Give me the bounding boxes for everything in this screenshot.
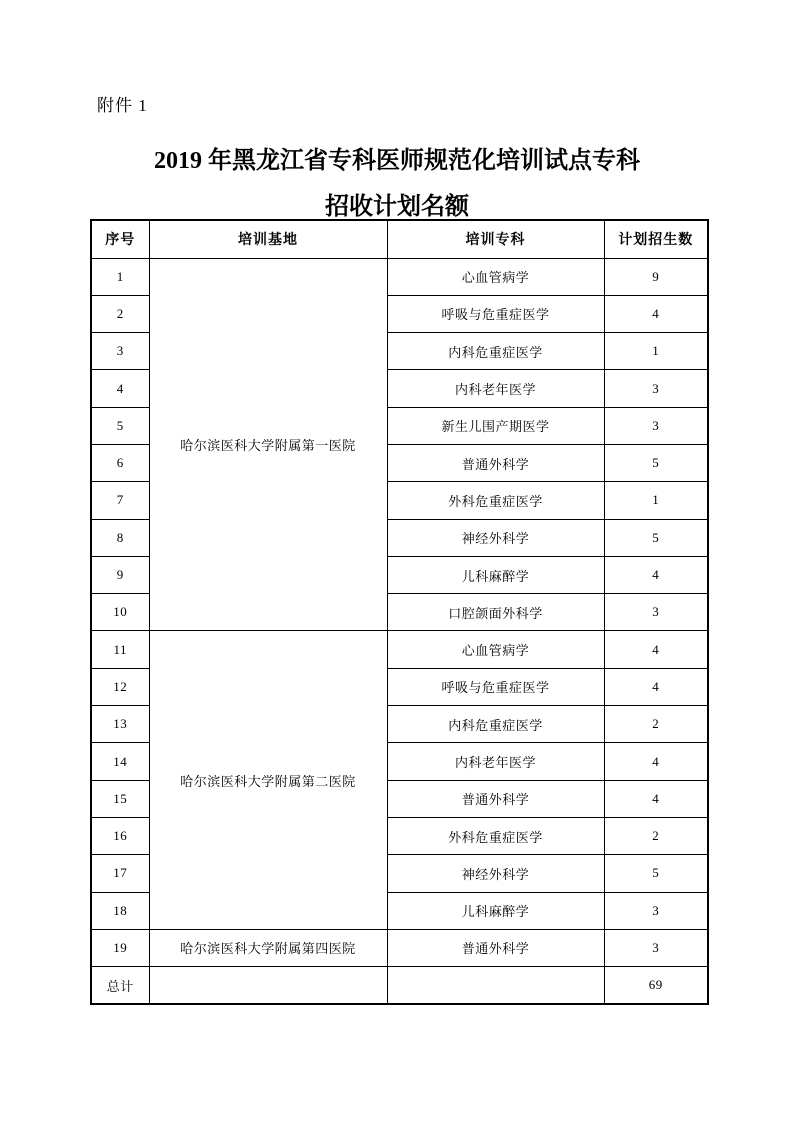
row-number-cell: 12 — [91, 668, 149, 705]
count-cell: 3 — [604, 407, 708, 444]
column-header-planned-count: 计划招生数 — [604, 220, 708, 258]
row-number-cell: 5 — [91, 407, 149, 444]
row-number-cell: 15 — [91, 780, 149, 817]
training-base-cell: 哈尔滨医科大学附属第四医院 — [149, 929, 387, 966]
count-cell: 5 — [604, 855, 708, 892]
specialty-cell: 心血管病学 — [387, 631, 604, 668]
specialty-cell: 外科危重症医学 — [387, 482, 604, 519]
specialty-cell: 外科危重症医学 — [387, 817, 604, 854]
row-number-cell: 18 — [91, 892, 149, 929]
row-number-cell: 17 — [91, 855, 149, 892]
document-title-line1: 2019 年黑龙江省专科医师规范化培训试点专科 — [0, 140, 794, 175]
count-cell: 5 — [604, 444, 708, 481]
count-cell: 2 — [604, 706, 708, 743]
attachment-label: 附件 1 — [97, 91, 148, 116]
specialty-cell: 神经外科学 — [387, 519, 604, 556]
count-cell: 3 — [604, 594, 708, 631]
count-cell: 1 — [604, 482, 708, 519]
specialty-cell: 儿科麻醉学 — [387, 556, 604, 593]
row-number-cell: 3 — [91, 333, 149, 370]
empty-cell — [387, 967, 604, 1004]
row-number-cell: 6 — [91, 444, 149, 481]
count-cell: 4 — [604, 556, 708, 593]
count-cell: 4 — [604, 631, 708, 668]
count-cell: 1 — [604, 333, 708, 370]
count-cell: 4 — [604, 780, 708, 817]
specialty-cell: 儿科麻醉学 — [387, 892, 604, 929]
total-label-cell: 总计 — [91, 967, 149, 1004]
count-cell: 4 — [604, 743, 708, 780]
row-number-cell: 10 — [91, 594, 149, 631]
specialty-cell: 口腔颌面外科学 — [387, 594, 604, 631]
specialty-cell: 呼吸与危重症医学 — [387, 668, 604, 705]
count-cell: 2 — [604, 817, 708, 854]
table-row: 19 哈尔滨医科大学附属第四医院 普通外科学 3 — [91, 929, 708, 966]
count-cell: 5 — [604, 519, 708, 556]
specialty-cell: 内科危重症医学 — [387, 333, 604, 370]
row-number-cell: 14 — [91, 743, 149, 780]
specialty-cell: 内科老年医学 — [387, 370, 604, 407]
total-value-cell: 69 — [604, 967, 708, 1004]
specialty-cell: 新生儿围产期医学 — [387, 407, 604, 444]
specialty-cell: 心血管病学 — [387, 258, 604, 295]
training-base-cell: 哈尔滨医科大学附属第二医院 — [149, 631, 387, 929]
header-row: 序号 培训基地 培训专科 计划招生数 — [91, 220, 708, 258]
table-row: 11 哈尔滨医科大学附属第二医院 心血管病学 4 — [91, 631, 708, 668]
row-number-cell: 8 — [91, 519, 149, 556]
document-title-line2: 招收计划名额 — [0, 186, 794, 221]
specialty-cell: 普通外科学 — [387, 444, 604, 481]
row-number-cell: 19 — [91, 929, 149, 966]
table-row: 1 哈尔滨医科大学附属第一医院 心血管病学 9 — [91, 258, 708, 295]
specialty-cell: 普通外科学 — [387, 780, 604, 817]
specialty-cell: 普通外科学 — [387, 929, 604, 966]
row-number-cell: 16 — [91, 817, 149, 854]
count-cell: 9 — [604, 258, 708, 295]
empty-cell — [149, 967, 387, 1004]
training-base-cell: 哈尔滨医科大学附属第一医院 — [149, 258, 387, 631]
row-number-cell: 13 — [91, 706, 149, 743]
column-header-training-base: 培训基地 — [149, 220, 387, 258]
specialty-cell: 内科老年医学 — [387, 743, 604, 780]
row-number-cell: 2 — [91, 295, 149, 332]
specialty-cell: 神经外科学 — [387, 855, 604, 892]
row-number-cell: 9 — [91, 556, 149, 593]
specialty-cell: 内科危重症医学 — [387, 706, 604, 743]
row-number-cell: 11 — [91, 631, 149, 668]
column-header-number: 序号 — [91, 220, 149, 258]
row-number-cell: 7 — [91, 482, 149, 519]
count-cell: 3 — [604, 892, 708, 929]
total-row: 总计 69 — [91, 967, 708, 1004]
count-cell: 3 — [604, 370, 708, 407]
count-cell: 3 — [604, 929, 708, 966]
row-number-cell: 4 — [91, 370, 149, 407]
count-cell: 4 — [604, 295, 708, 332]
row-number-cell: 1 — [91, 258, 149, 295]
specialty-cell: 呼吸与危重症医学 — [387, 295, 604, 332]
enrollment-plan-table: 序号 培训基地 培训专科 计划招生数 1 哈尔滨医科大学附属第一医院 心血管病学… — [90, 219, 709, 1005]
column-header-specialty: 培训专科 — [387, 220, 604, 258]
count-cell: 4 — [604, 668, 708, 705]
